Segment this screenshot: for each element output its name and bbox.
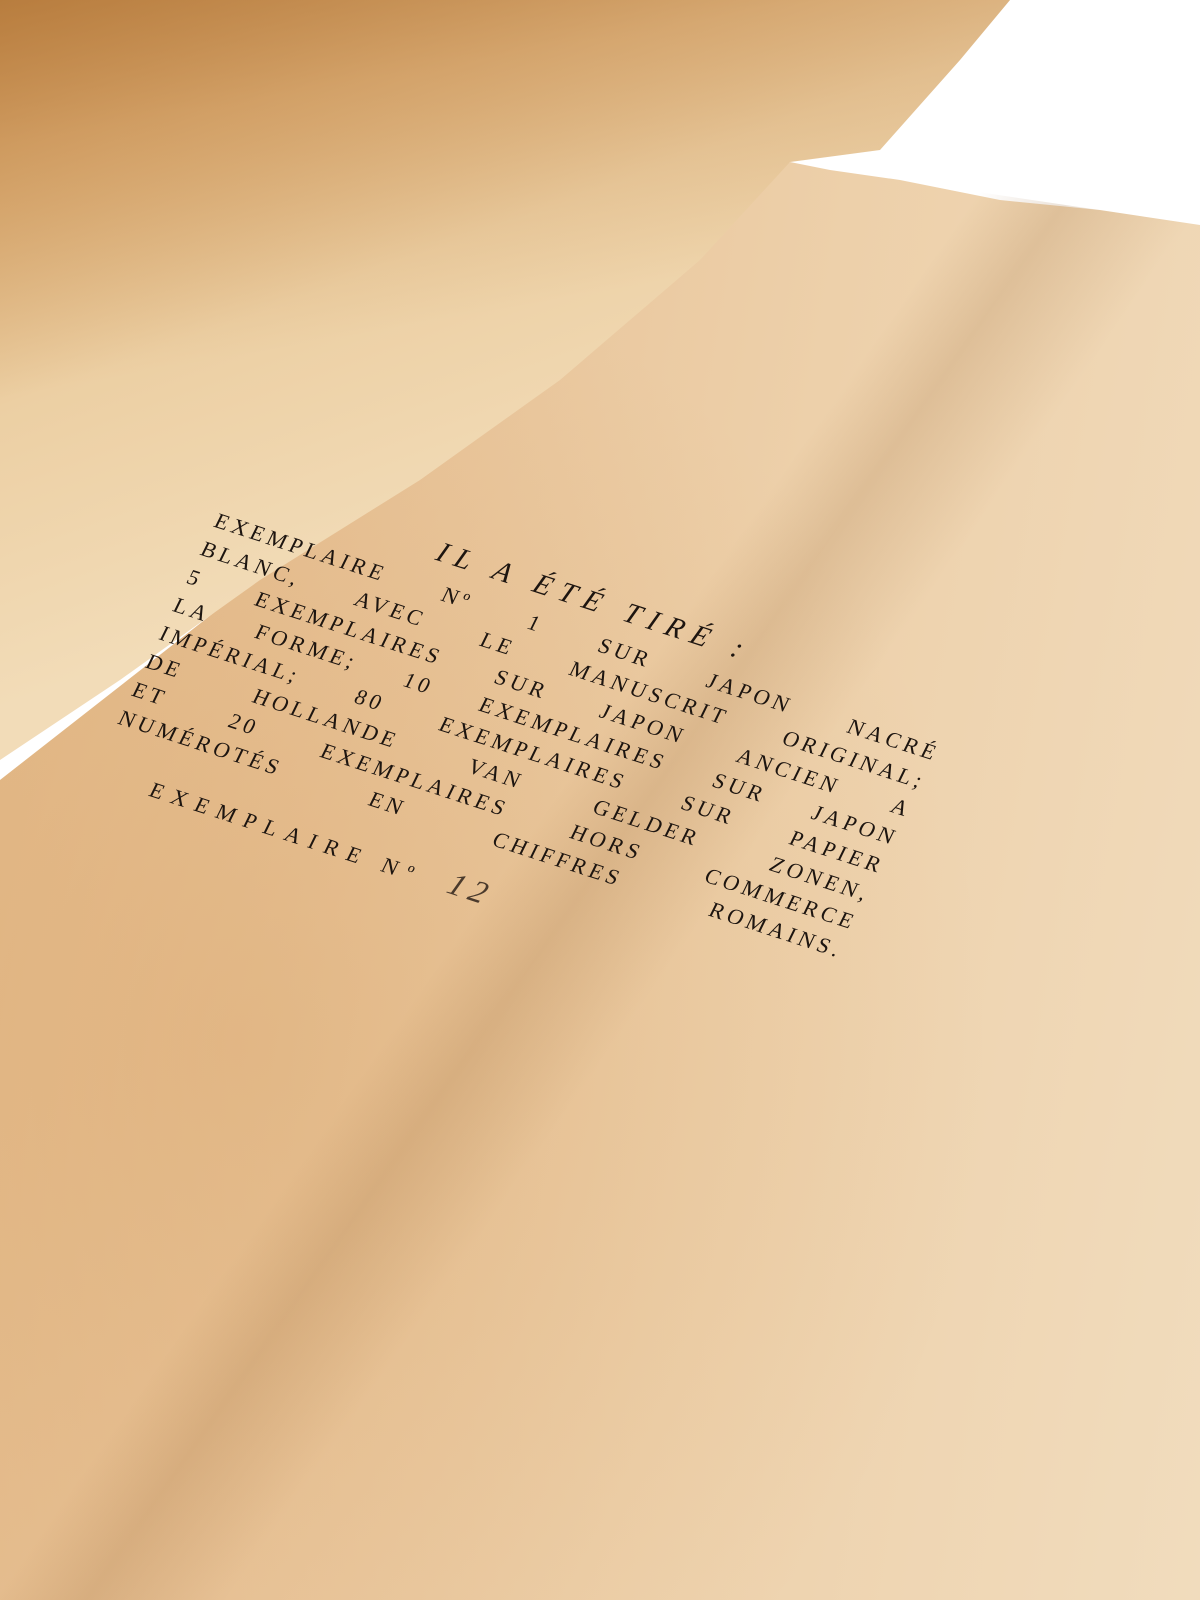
book-photo: IL A ÉTÉ TIRÉ : EXEMPLAIRE Nº 1 SUR JAPO…	[0, 0, 1200, 1600]
